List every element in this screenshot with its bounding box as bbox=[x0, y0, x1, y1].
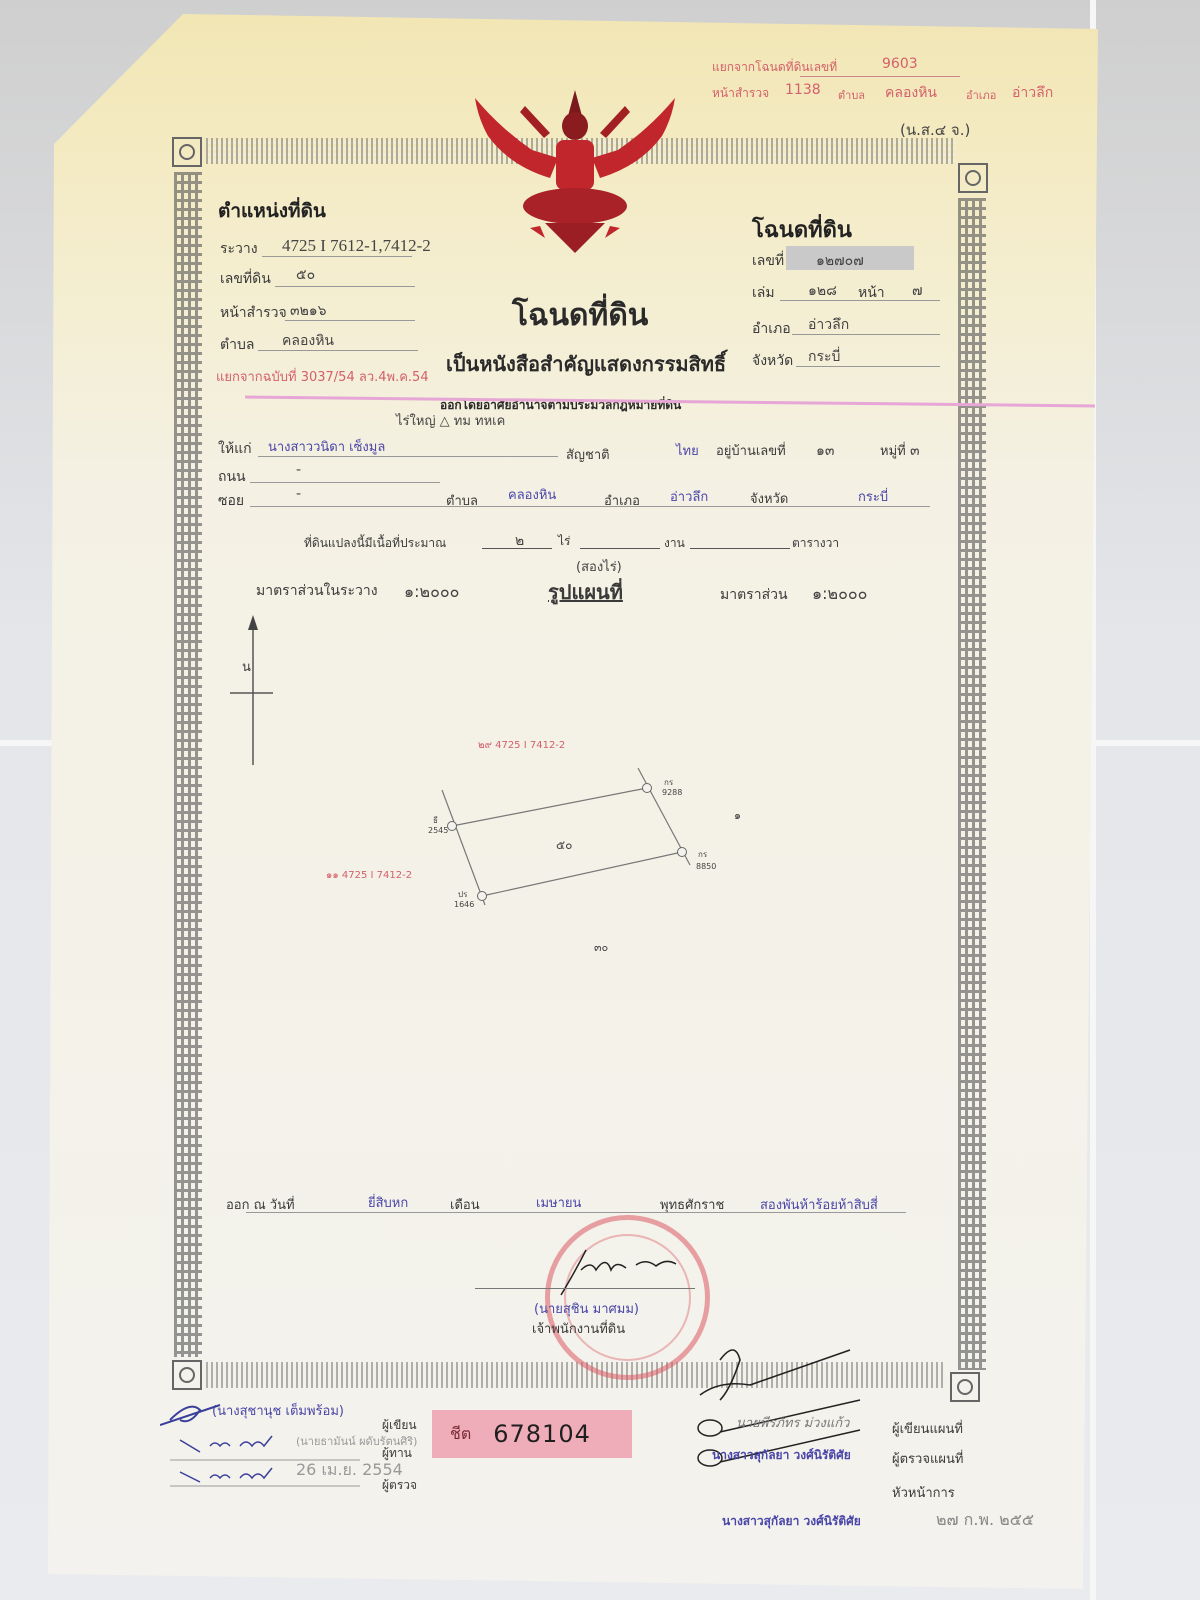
area-in-words: (สองไร่) bbox=[576, 556, 622, 577]
officer-name: (นายสุชิน มาศมม) bbox=[534, 1298, 639, 1319]
house-no-label: อยู่บ้านเลขที่ bbox=[716, 440, 786, 461]
north-label: น bbox=[242, 656, 251, 677]
road: - bbox=[296, 462, 301, 478]
ngan-label: งาน bbox=[664, 534, 685, 553]
underline bbox=[250, 482, 440, 483]
corner-ornament-icon bbox=[172, 137, 202, 167]
location-heading: ตำแหน่งที่ดิน bbox=[218, 196, 326, 226]
owner-tambon-label: ตำบล bbox=[446, 490, 478, 511]
volume-label: เล่ม bbox=[752, 282, 775, 304]
deed-amphoe: อ่าวลึก bbox=[808, 314, 849, 336]
moo: ๓ bbox=[910, 440, 920, 462]
officer-signature bbox=[556, 1240, 696, 1300]
map-writer-role: ผู้เขียนแผนที่ bbox=[892, 1418, 963, 1439]
marker-no: 1646 bbox=[454, 900, 474, 909]
top-survey-page: 1138 bbox=[785, 82, 821, 98]
border-left bbox=[174, 172, 202, 1357]
top-amphoe-label: อำเภอ bbox=[966, 86, 996, 104]
underline bbox=[258, 456, 558, 457]
owner-to-label: ให้แก่ bbox=[218, 438, 252, 460]
deed-province-label: จังหวัด bbox=[752, 350, 793, 372]
underline bbox=[580, 548, 660, 549]
owner-amphoe: อ่าวลึก bbox=[670, 486, 708, 507]
underline bbox=[258, 350, 418, 351]
house-no: ๑๓ bbox=[816, 440, 834, 462]
moo-label: หมู่ที่ bbox=[880, 440, 906, 461]
owner-tambon: คลองหิน bbox=[508, 484, 556, 505]
scale: ๑:๒๐๐๐ bbox=[812, 582, 867, 607]
corner-ornament-icon bbox=[950, 1372, 980, 1402]
owner-amphoe-label: อำเภอ bbox=[604, 490, 640, 511]
corner-ornament-icon bbox=[958, 163, 988, 193]
deed-no: ๑๒๗๐๗ bbox=[816, 250, 864, 272]
map-checker-role: ผู้ตรวจแผนที่ bbox=[892, 1448, 963, 1469]
deed-no-label: เลขที่ bbox=[752, 250, 784, 272]
form-code: (น.ส.๔ จ.) bbox=[900, 118, 970, 142]
wa-label: ตารางวา bbox=[792, 534, 839, 553]
issue-day: ยี่สิบหก bbox=[368, 1192, 408, 1213]
deed-page: ๗ bbox=[912, 280, 923, 302]
top-survey-page-label: หน้าสำรวจ bbox=[712, 84, 769, 103]
map-title: รูปแผนที่ bbox=[548, 576, 623, 608]
bottom-right-date: ๒๗ ก.พ. ๒๕๕ bbox=[936, 1508, 1034, 1533]
verifier-role: ผู้ตรวจ bbox=[382, 1476, 417, 1495]
survey-page: ๓๒๑๖ bbox=[290, 300, 327, 322]
soi: - bbox=[296, 486, 301, 502]
owner-annotation: ไร่ใหญ่ △ ทม ทหเค bbox=[396, 410, 505, 431]
parcel-no-label: เลขที่ดิน bbox=[220, 268, 271, 290]
issue-month: เมษายน bbox=[536, 1192, 581, 1213]
nationality-label: สัญชาติ bbox=[566, 444, 610, 465]
scale-sheet-label: มาตราส่วนในระวาง bbox=[256, 580, 378, 602]
road-label: ถนน bbox=[218, 466, 246, 488]
underline bbox=[250, 506, 930, 507]
neighbor-east: ๑ bbox=[734, 806, 741, 824]
area-rai: ๒ bbox=[515, 530, 524, 552]
scale-label: มาตราส่วน bbox=[720, 584, 788, 606]
initials-signatures bbox=[160, 1380, 380, 1490]
map-checker-name: นางสาวสุกัลยา วงศ์นิรัติศัย bbox=[712, 1446, 851, 1465]
underline bbox=[475, 1288, 695, 1289]
volume: ๑๒๘ bbox=[808, 280, 837, 302]
subtitle: เป็นหนังสือสำคัญแสดงกรรมสิทธิ์ bbox=[446, 348, 726, 380]
underline bbox=[800, 76, 960, 77]
underline bbox=[780, 300, 940, 301]
parcel-no: ๕๐ bbox=[296, 264, 315, 286]
top-tambon-label: ตำบล bbox=[838, 86, 865, 104]
nationality: ไทย bbox=[676, 440, 699, 461]
underline bbox=[285, 320, 415, 321]
main-title: โฉนดที่ดิน bbox=[512, 292, 648, 339]
marker-no: 9288 bbox=[662, 788, 682, 797]
owner-name: นางสาววนิดา เซ็งมูล bbox=[268, 436, 385, 457]
scale-sheet: ๑:๒๐๐๐ bbox=[404, 580, 459, 605]
underline bbox=[690, 548, 790, 549]
top-tambon: คลองหิน bbox=[885, 82, 937, 104]
underline bbox=[796, 366, 940, 367]
head-name: นางสาวสุกัลยา วงศ์นิรัติศัย bbox=[722, 1512, 861, 1531]
top-amphoe: อ่าวลึก bbox=[1012, 82, 1053, 104]
underline bbox=[246, 1212, 906, 1213]
officer-title: เจ้าพนักงานที่ดิน bbox=[532, 1318, 625, 1339]
area-label: ที่ดินแปลงนี้มีเนื้อที่ประมาณ bbox=[304, 534, 446, 553]
survey-page-label: หน้าสำรวจ bbox=[220, 302, 287, 324]
map-sheet: 4725 I 7612-1,7412-2 bbox=[282, 236, 431, 256]
serial-number: 678104 bbox=[493, 1420, 591, 1448]
underline bbox=[792, 334, 940, 335]
rai-label: ไร่ bbox=[558, 532, 570, 551]
north-arrow-icon bbox=[225, 615, 275, 765]
split-from-label: แยกจากโฉนดที่ดินเลขที่ bbox=[712, 58, 837, 77]
border-right bbox=[958, 198, 986, 1370]
neighbor-north: ๒๙ 4725 I 7412-2 bbox=[478, 738, 565, 753]
map-writer-name: นายพีรภัทร ม่วงแก้ว bbox=[736, 1412, 849, 1433]
marker-no: 2545 bbox=[428, 826, 448, 835]
tambon-label: ตำบล bbox=[220, 334, 254, 356]
split-from-deed-no: 9603 bbox=[882, 56, 918, 72]
underline bbox=[262, 256, 412, 257]
neighbor-south: ๓๐ bbox=[594, 938, 608, 956]
underline bbox=[275, 286, 415, 287]
serial-number-box: ชีต 678104 bbox=[432, 1410, 632, 1458]
map-sheet-label: ระวาง bbox=[220, 238, 258, 260]
deed-amphoe-label: อำเภอ bbox=[752, 318, 791, 340]
garuda-emblem-icon bbox=[470, 88, 680, 258]
neighbor-west: ๑๑ 4725 I 7412-2 bbox=[326, 868, 412, 883]
soi-label: ซอย bbox=[218, 490, 244, 512]
deed-province: กระบี่ bbox=[808, 346, 840, 368]
owner-province: กระบี่ bbox=[858, 486, 888, 507]
deed-heading: โฉนดที่ดิน bbox=[752, 212, 852, 247]
marker-no: 8850 bbox=[696, 862, 716, 871]
serial-prefix: ชีต bbox=[450, 1422, 471, 1447]
tambon: คลองหิน bbox=[282, 330, 334, 352]
marker-code: กร bbox=[698, 848, 707, 861]
red-split-note: แยกจากฉบับที่ 3037/54 ลว.4พ.ค.54 bbox=[216, 366, 429, 387]
head-role: หัวหน้าการ bbox=[892, 1482, 955, 1503]
parcel-label: ๕๐ bbox=[556, 836, 572, 855]
